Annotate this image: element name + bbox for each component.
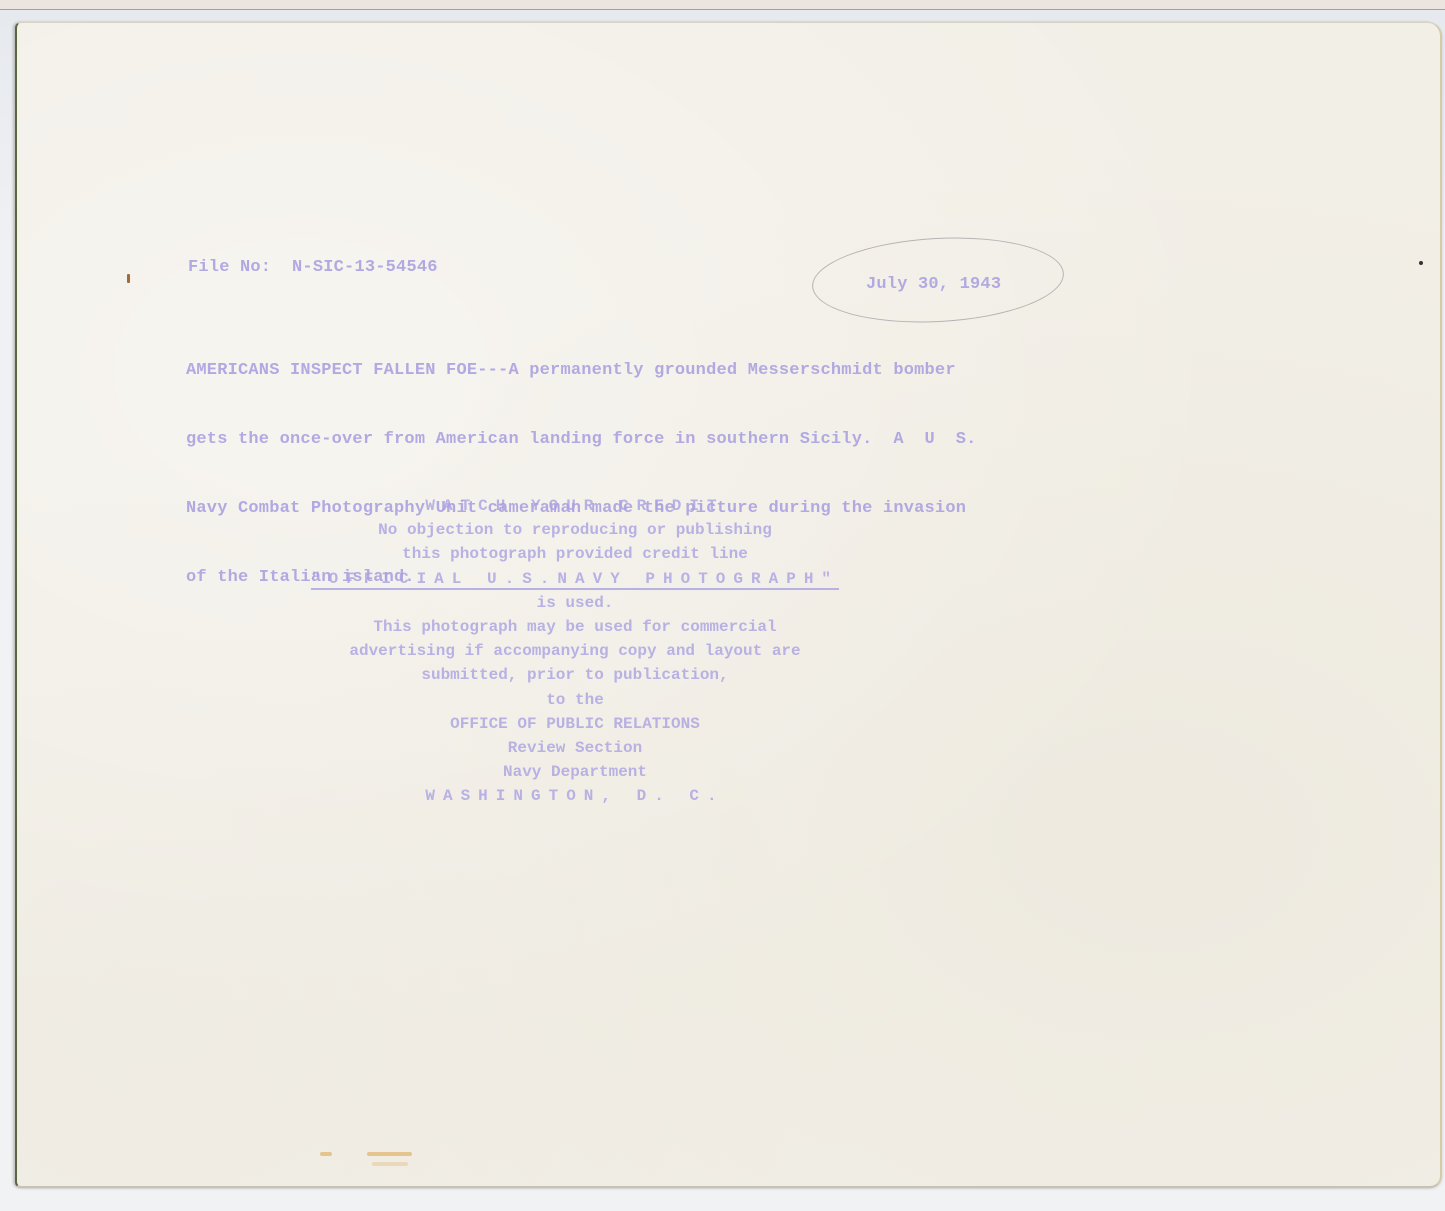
paper-stain: [320, 1152, 332, 1156]
file-number-value: N-SIC-13-54546: [292, 258, 438, 277]
credit-line: is used.: [250, 591, 900, 615]
caption-date: July 30, 1943: [866, 275, 1001, 294]
city-name: WASHINGTON, D. C.: [250, 784, 900, 808]
office-name: OFFICE OF PUBLIC RELATIONS: [250, 712, 900, 736]
section-name: Review Section: [250, 736, 900, 760]
credit-notice: WATCH YOUR CREDIT No objection to reprod…: [250, 494, 900, 809]
paper-mark: [127, 274, 130, 283]
paper-stain: [367, 1152, 412, 1156]
caption-line: AMERICANS INSPECT FALLEN FOE---A permane…: [186, 359, 977, 382]
credit-heading: WATCH YOUR CREDIT: [250, 494, 900, 518]
credit-line: to the: [250, 688, 900, 712]
paper-speck: [1419, 261, 1423, 265]
credit-line: submitted, prior to publication,: [250, 663, 900, 687]
credit-line: this photograph provided credit line: [250, 542, 900, 566]
caption-line: gets the once-over from American landing…: [186, 428, 977, 451]
file-number-label: File No:: [188, 258, 271, 277]
credit-line: This photograph may be used for commerci…: [250, 615, 900, 639]
credit-required-line: "OFFICIAL U.S.NAVY PHOTOGRAPH": [250, 567, 900, 591]
department-name: Navy Department: [250, 760, 900, 784]
paper-stain: [372, 1162, 408, 1166]
credit-line: advertising if accompanying copy and lay…: [250, 639, 900, 663]
credit-line: No objection to reproducing or publishin…: [250, 518, 900, 542]
viewer-top-bar: [0, 0, 1445, 10]
file-number: File No: N-SIC-13-54546: [188, 258, 438, 277]
